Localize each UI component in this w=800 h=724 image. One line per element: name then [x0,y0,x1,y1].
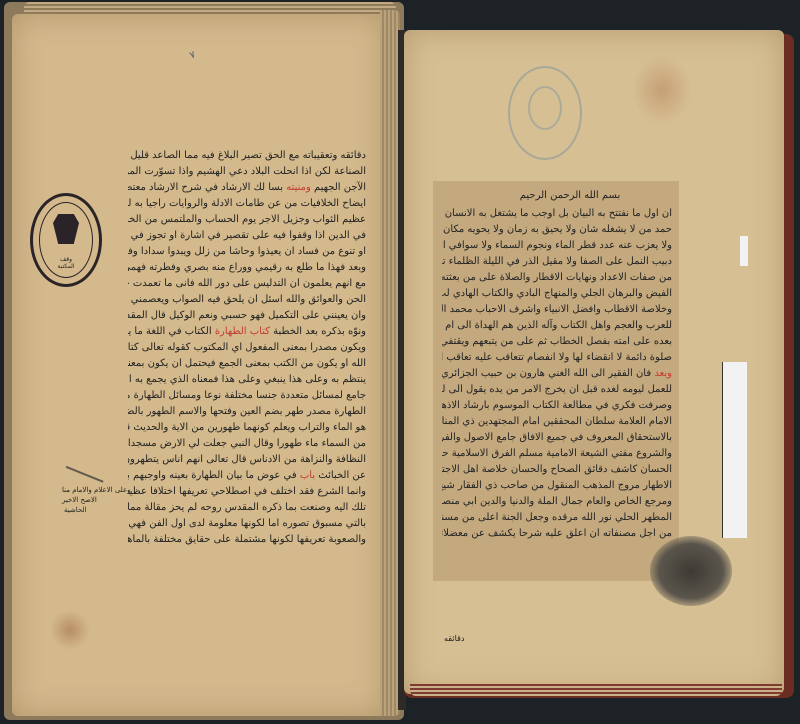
right-page-bottom-edge [410,684,782,696]
manuscript-line: دقائقه وتعقيباته مع الحق تصير البلاغ فيه… [128,148,366,164]
left-page-text-block: دقائقه وتعقيباته مع الحق تصير البلاغ فيه… [128,148,366,548]
rubric-word: كتاب الطهارة [215,326,270,337]
faded-seal-inner [528,86,562,130]
manuscript-line: ويكون مصدرا بمعنى المفعول اي المكتوب كقو… [128,340,366,356]
left-page-fore-edge [380,10,400,716]
manuscript-line: بالاستحقاق المعروف في جميع الافاق جامع ا… [442,430,672,446]
margin-note: الاصح الاخير [62,496,97,504]
faded-seal-icon [508,66,582,160]
damage-stain [632,55,692,125]
right-page-text-block: ان اول ما نفتتح به البيان بل اوجب ما يشت… [442,206,672,542]
manuscript-line: وصرفت فكري في مطالعة الكتاب الموسوم بارش… [442,398,672,414]
manuscript-line: وان يعينني على التكميل فهو حسبي ونعم الو… [128,308,366,324]
manuscript-line: الصناعة لكن اذا انحلت البلاد دعي الهشيم … [128,164,366,180]
manuscript-line: من صفات الاعداد ونهايات الاقطار والصلاة … [442,270,672,286]
manuscript-line: وخلاصة الاقطاب وافضل الانبياء واشرف الاح… [442,302,672,318]
manuscript-line: بعده على امته بفصل الخطاب ثم على من يتبع… [442,334,672,350]
catchword-label: دقائقه [444,634,464,643]
manuscript-line: دبيب النمل على الصفا ولا مقيل الذر في ال… [442,254,672,270]
torn-edge-gap [722,362,747,538]
manuscript-line: وبعد فان الفقير الى الله الغني هارون بن … [442,366,672,382]
manuscript-line: الحن والعوائق والله اسئل ان يلحق فيه الص… [128,292,366,308]
manuscript-line: وبعد فهذا ما طلع به رقيمي ووراع منه بصري… [128,260,366,276]
manuscript-line: الحسان كاشف دقائق الصحاح والحسان خلاصة ا… [442,462,672,478]
manuscript-line: المطهر الحلي نور الله مرقده وجعل الجنة ا… [442,510,672,526]
manuscript-line: ايضاح الخلافيات من عن طامات الادلة والرو… [128,196,366,212]
manuscript-line: من السماء ماء طهورا وقال النبي جعلت لي ا… [128,436,366,452]
basmala-heading: بسم الله الرحمن الرحيم [510,190,630,201]
manuscript-line: وانما الشرع فقد اختلف في اصطلاحي تعريفها… [128,484,366,500]
manuscript-line: جامع لمسائل متعددة جنسا مختلفة نوعا ومسا… [128,388,366,404]
manuscript-line: حمد من لا يشغله شان ولا يحيق به زمان ولا… [442,222,672,238]
manuscript-line: صلوة دائمة لا انقضاء لها ولا انفصام تتعا… [442,350,672,366]
manuscript-line: الامام العلامة سلطان المحققين امام المجت… [442,414,672,430]
manuscript-line: عن الخبائث باب في عوض ما بيان الطهارة بع… [128,468,366,484]
manuscript-line: الاطهار مروج المذهب المنقول من صاحب ذي ا… [442,478,672,494]
manuscript-line: والشروع مفتي الشيعة الامامية مسلم الفرق … [442,446,672,462]
manuscript-line: النظافة والنزاهة من الادناس قال تعالى ان… [128,452,366,468]
rubric-word: باب [300,470,315,481]
margin-note: وعلى الاعلام والامام منا [62,486,131,494]
manuscript-line: من اجل مصنفاته ان اعلق عليه شرحا يكشف عن… [442,526,672,542]
rubric-word: وبعد [654,368,672,379]
manuscript-line: والصعوبة تعريفها لكونها مشتملة على حقايق… [128,532,366,548]
seal-caption: دقائقه وقف المكتبة [33,256,99,270]
manuscript-line: الطهارة مصدر طهر بضم العين وفتحها والاسم… [128,404,366,420]
manuscript-line: مع انهم يعلمون ان التدليس على دور الله ف… [128,276,366,292]
manuscript-line: بالتي مسبوق تصوره اما لكونها معلومة لدى … [128,516,366,532]
manuscript-line: هو الماء والتراب ويعلم كونهما طهورين من … [128,420,366,436]
manuscript-line: الله او يكون من الكتب بمعنى الجمع فيحتمل… [128,356,366,372]
margin-note: الحاشية [64,506,86,514]
manuscript-line: ولا يعزب عنه عدد قطر الماء ونجوم السماء … [442,238,672,254]
manuscript-line: او تنوع من فساد ان يعيذوا وحاشا من زلل و… [128,244,366,260]
seal-caption-line-2: المكتبة [33,263,99,270]
manuscript-line: للعرب والعجم واهل الكتاب وآله الذين هم ا… [442,318,672,334]
manuscript-line: تلك اليه وصنعت بما ذكره المقدس روحه لم ي… [128,500,366,516]
water-stain [50,610,90,650]
ownership-seal-icon: دقائقه وقف المكتبة [30,193,102,287]
manuscript-line: للعمل ليومه لغده قبل ان يخرج الامر من يد… [442,382,672,398]
manuscript-line: ونوّه بذكره بعد الخطبة كتاب الطهارة الكت… [128,324,366,340]
seal-caption-line-1: وقف [33,256,99,263]
manuscript-line: ومرجع الخاص والعام جمال الملة والدنيا وا… [442,494,672,510]
manuscript-line: الفيض والبرهان الجلي والمنهاج البادي وال… [442,286,672,302]
manuscript-photo: ٧ دقائقه وقف المكتبة وعلى الاعلام والاما… [0,0,800,724]
manuscript-line: في الدين اذا وقفوا فيه على تقصير في اشار… [128,228,366,244]
manuscript-line: ان اول ما نفتتح به البيان بل اوجب ما يشت… [442,206,672,222]
dark-ink-stain [650,536,732,606]
manuscript-line: الآجن الجهيم ومنيته بسا لك الارشاد في شر… [128,180,366,196]
manuscript-line: عظيم الثواب وجزيل الاجر يوم الحساب والمل… [128,212,366,228]
rubric-word: ومنيته [286,182,311,193]
torn-edge-gap [740,236,748,266]
manuscript-line: ينتظم به وعلى هذا ينبغي وعلى هذا فمعناه … [128,372,366,388]
